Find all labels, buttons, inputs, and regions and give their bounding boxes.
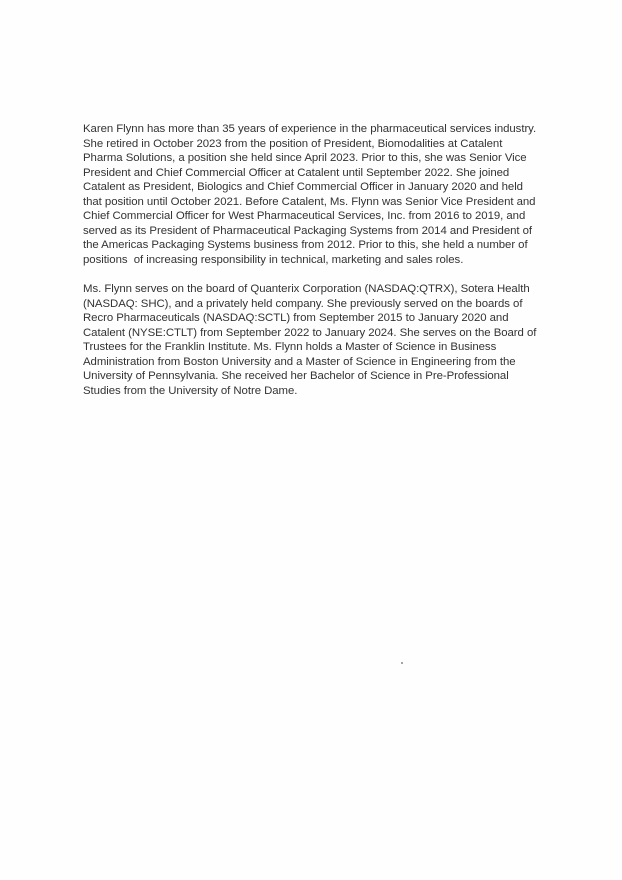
text-line: Catalent as President, Biologics and Chi… [83, 180, 543, 195]
text-line: Trustees for the Franklin Institute. Ms.… [83, 340, 543, 355]
text-line: Catalent (NYSE:CTLT) from September 2022… [83, 326, 543, 341]
text-line: Pharma Solutions, a position she held si… [83, 151, 543, 166]
text-line: the Americas Packaging Systems business … [83, 238, 543, 253]
paragraph-boards-education: Ms. Flynn serves on the board of Quanter… [83, 282, 543, 398]
paragraph-career: Karen Flynn has more than 35 years of ex… [83, 122, 543, 267]
text-line: that position until October 2021. Before… [83, 195, 543, 210]
text-line: Karen Flynn has more than 35 years of ex… [83, 122, 543, 137]
text-line: University of Pennsylvania. She received… [83, 369, 543, 384]
text-line: (NASDAQ: SHC), and a privately held comp… [83, 297, 543, 312]
biography-text: Karen Flynn has more than 35 years of ex… [83, 122, 543, 413]
text-line: Recro Pharmaceuticals (NASDAQ:SCTL) from… [83, 311, 543, 326]
document-page: Karen Flynn has more than 35 years of ex… [0, 0, 622, 880]
text-line: Studies from the University of Notre Dam… [83, 384, 543, 399]
text-line: Ms. Flynn serves on the board of Quanter… [83, 282, 543, 297]
text-line: positions of increasing responsibility i… [83, 253, 543, 268]
text-line: She retired in October 2023 from the pos… [83, 137, 543, 152]
text-line: served as its President of Pharmaceutica… [83, 224, 543, 239]
scan-speck [401, 662, 403, 664]
text-line: Chief Commercial Officer for West Pharma… [83, 209, 543, 224]
text-line: President and Chief Commercial Officer a… [83, 166, 543, 181]
text-line: Administration from Boston University an… [83, 355, 543, 370]
